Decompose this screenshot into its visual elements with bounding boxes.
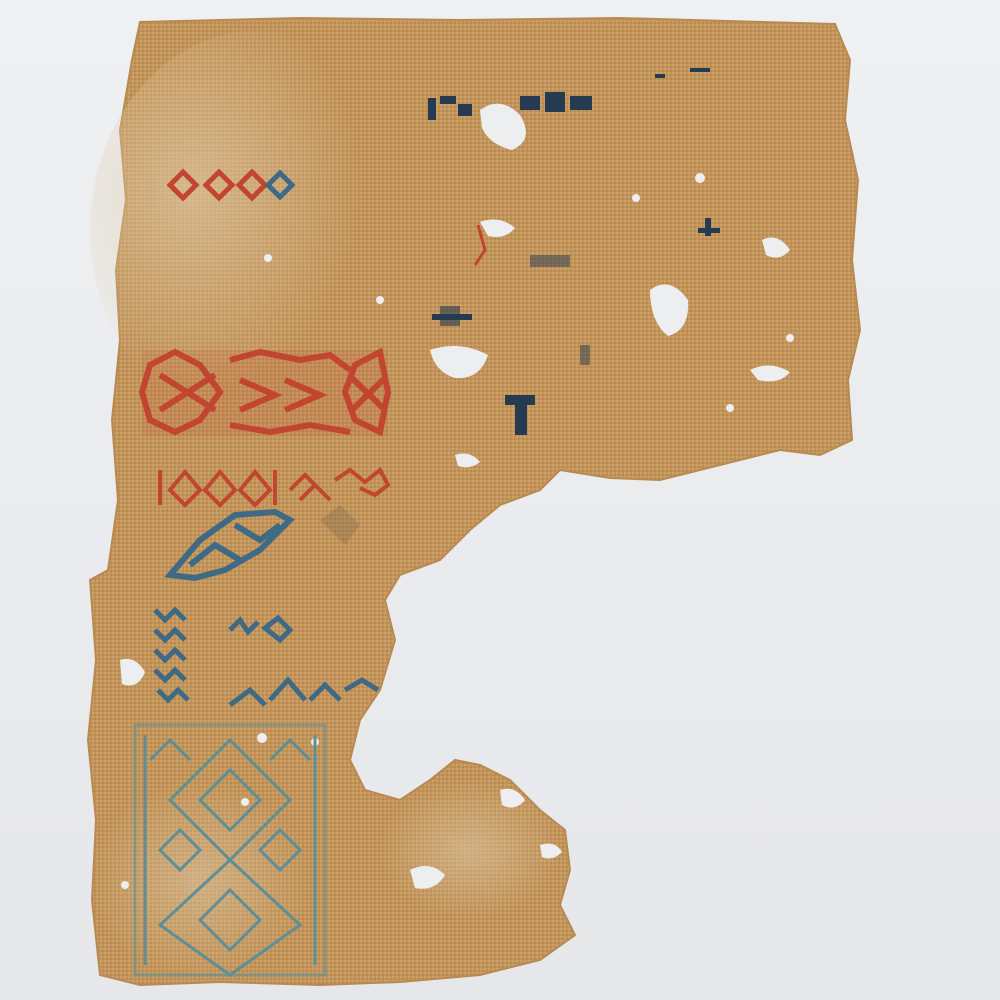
band-red-interlace xyxy=(142,350,388,436)
photo-stage xyxy=(0,0,1000,1000)
textile-fragment xyxy=(0,0,1000,1000)
